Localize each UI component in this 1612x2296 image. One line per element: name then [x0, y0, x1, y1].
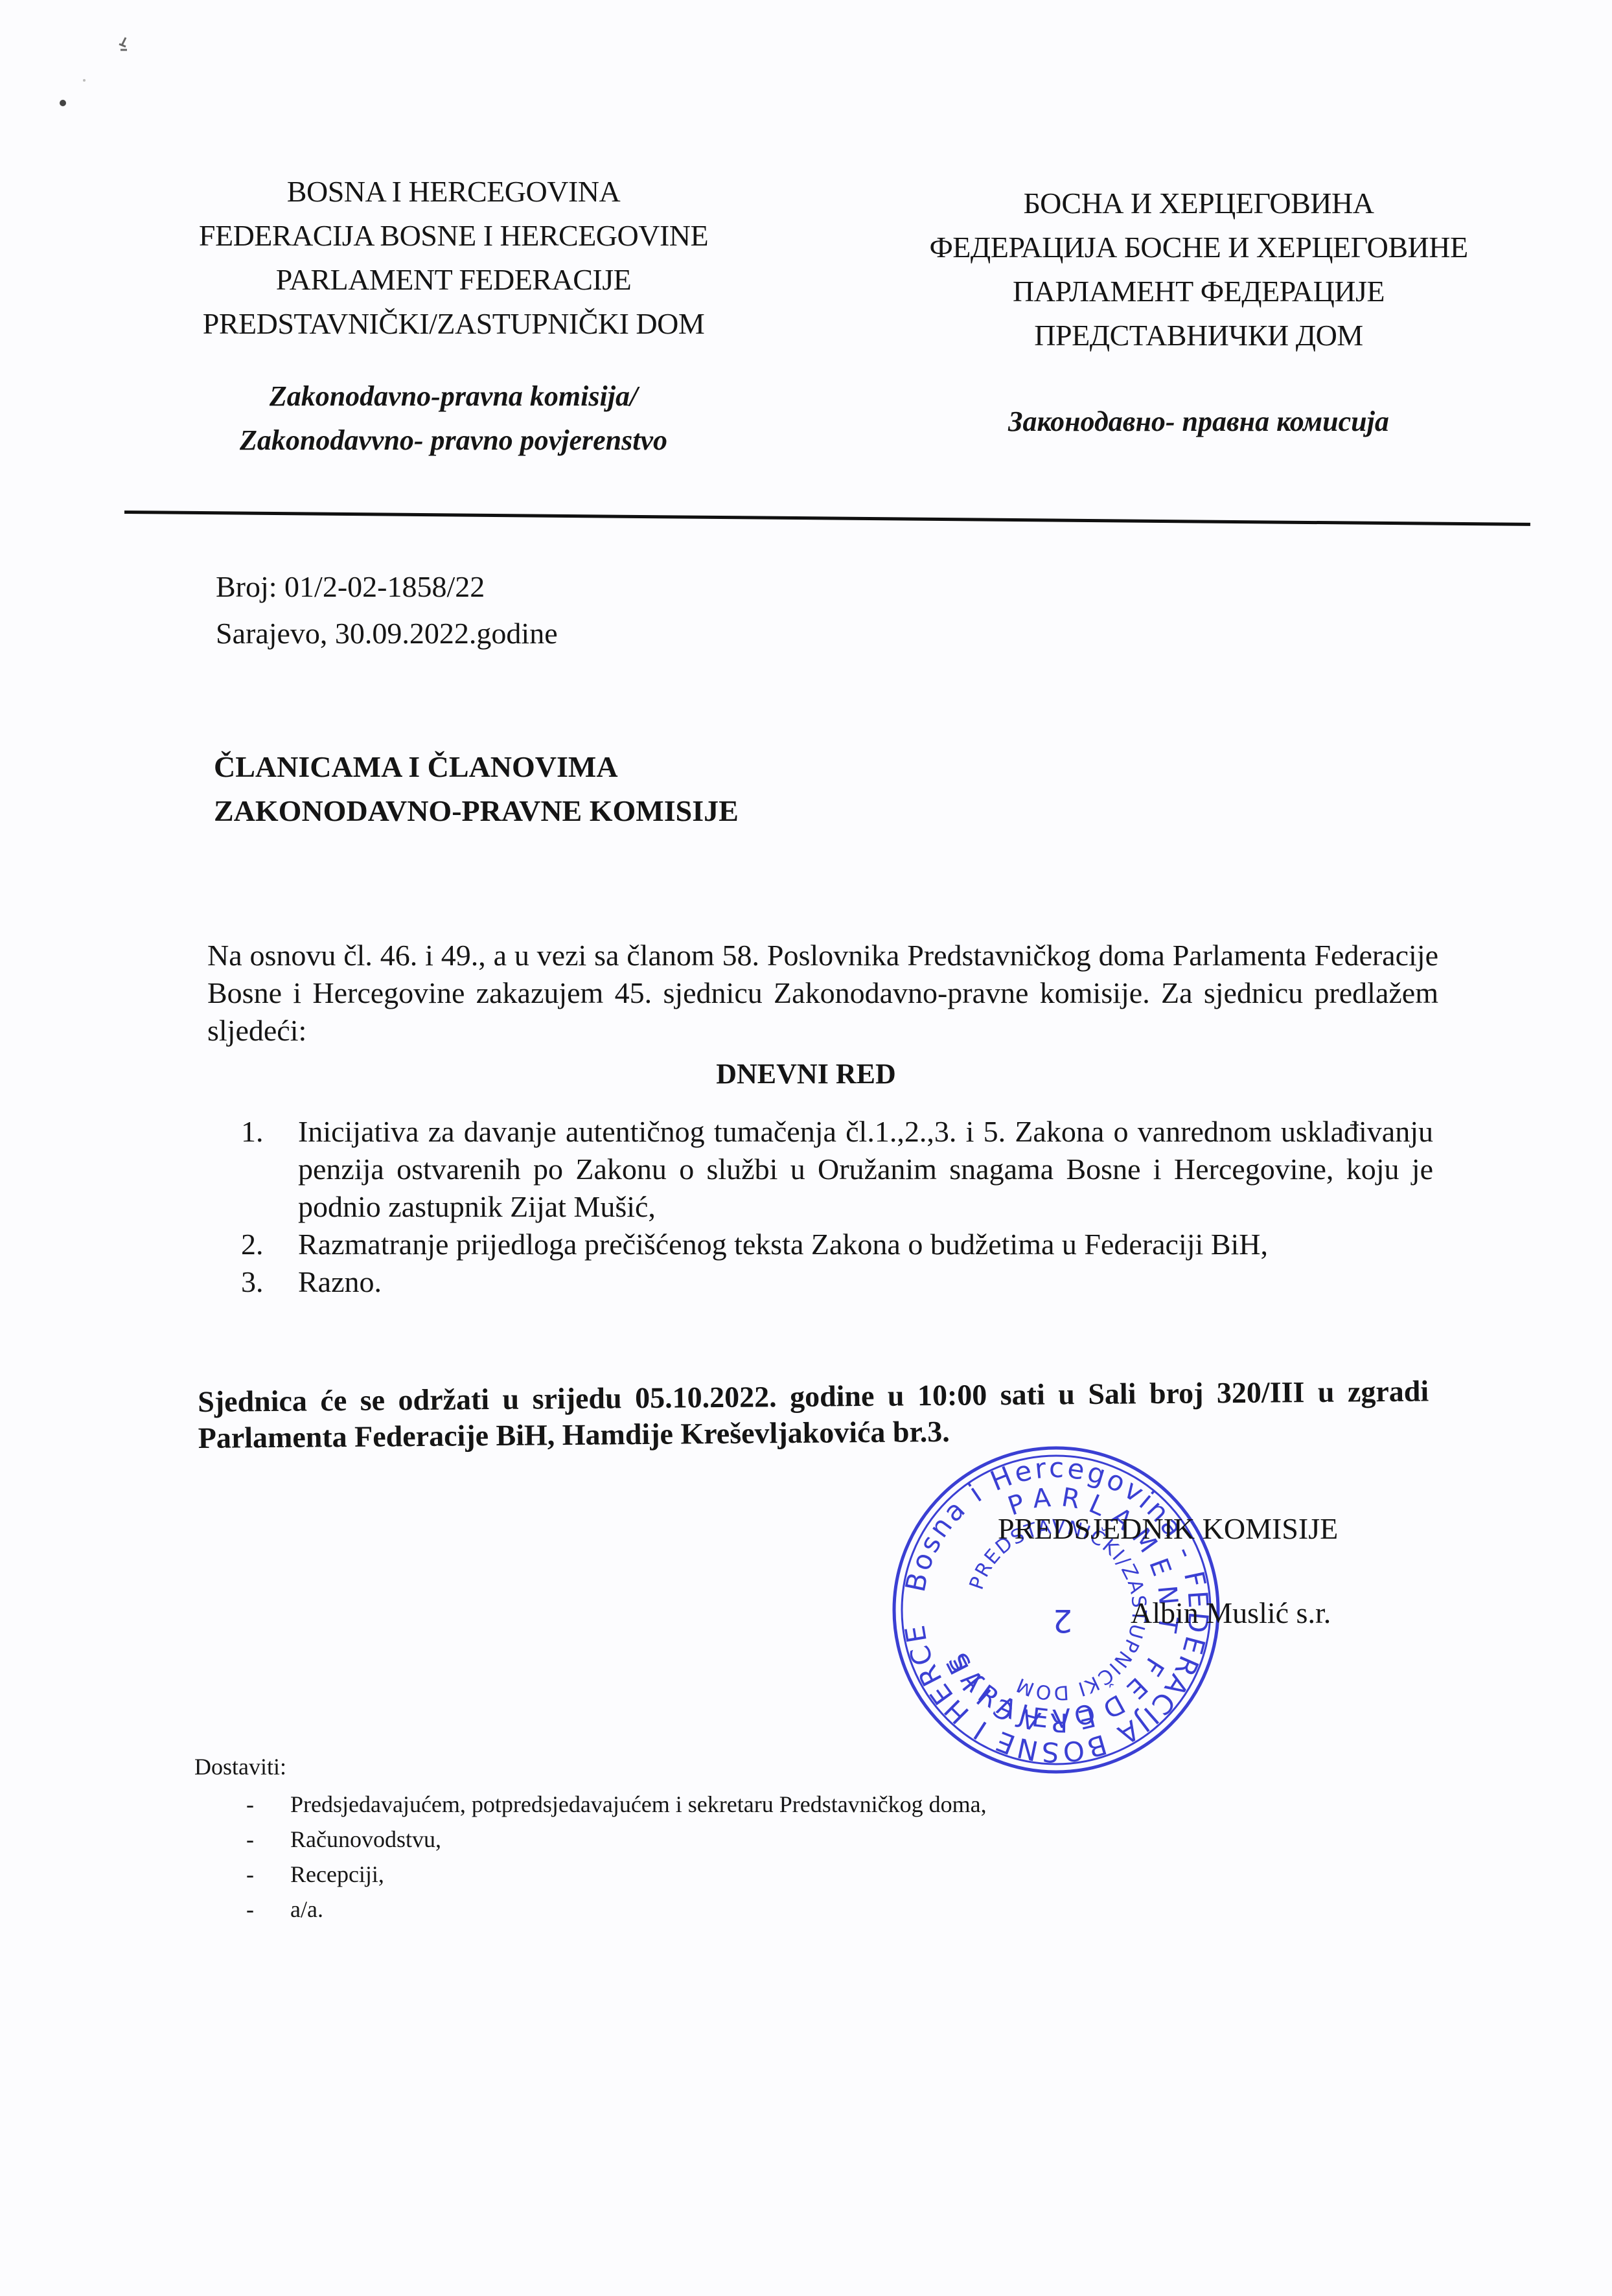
dash-bullet-icon: -	[246, 1787, 254, 1822]
agenda-item: 2. Razmatranje prijedloga prečišćenog te…	[241, 1226, 1433, 1263]
header-cyrillic-line: ПРЕДСТАВНИЧКИ ДОМ	[875, 314, 1523, 358]
header-cyrillic-line: ПАРЛАМЕНТ ФЕДЕРАЦИЈЕ	[875, 270, 1523, 314]
committee-name-line: Zakonodavno-pravna komisija/	[162, 374, 745, 419]
distribution-item-text: Predsjedavajućem, potpredsjedavajućem i …	[290, 1791, 987, 1817]
agenda-item-text: Razmatranje prijedloga prečišćenog tekst…	[298, 1228, 1268, 1261]
committee-name-latin: Zakonodavno-pravna komisija/ Zakonodavvn…	[162, 374, 745, 463]
agenda-title: DNEVNI RED	[0, 1057, 1612, 1090]
dash-bullet-icon: -	[246, 1892, 254, 1927]
document-page: BOSNA I HERCEGOVINA FEDERACIJA BOSNE I H…	[0, 0, 1612, 2296]
agenda-list: 1. Inicijativa za davanje autentičnog tu…	[241, 1113, 1433, 1301]
reference-block: Broj: 01/2-02-1858/22 Sarajevo, 30.09.20…	[216, 564, 558, 657]
svg-text:2: 2	[1050, 1602, 1073, 1638]
header-latin-line: FEDERACIJA BOSNE I HERCEGOVINE	[162, 214, 745, 258]
agenda-item-number: 1.	[241, 1113, 264, 1151]
dash-bullet-icon: -	[246, 1822, 254, 1857]
place-date: Sarajevo, 30.09.2022.godine	[216, 610, 558, 657]
addressee: ČLANICAMA I ČLANOVIMA ZAKONODAVNO-PRAVNE…	[214, 745, 739, 833]
agenda-item: 3. Razno.	[241, 1263, 1433, 1301]
agenda-item-number: 3.	[241, 1263, 264, 1301]
distribution-item-text: Recepciji,	[290, 1861, 384, 1887]
addressee-line: ZAKONODAVNO-PRAVNE KOMISIJE	[214, 789, 739, 833]
header-cyrillic-line: ФЕДЕРАЦИЈА БОСНЕ И ХЕРЦЕГОВИНЕ	[875, 225, 1523, 270]
committee-name-line: Законодавно- правна комисија	[875, 400, 1523, 444]
distribution-item-text: Računovodstvu,	[290, 1826, 441, 1852]
signatory-title: PREDSJEDNIK KOMISIJE	[998, 1510, 1338, 1548]
agenda-item-text: Razno.	[298, 1265, 382, 1298]
distribution-item: -Recepciji,	[194, 1857, 987, 1892]
distribution-label: Dostaviti:	[194, 1749, 987, 1784]
distribution-item: -Računovodstvu,	[194, 1822, 987, 1857]
distribution-item: -Predsjedavajućem, potpredsjedavajućem i…	[194, 1787, 987, 1822]
header-latin-line: PREDSTAVNIČKI/ZASTUPNIČKI DOM	[162, 302, 745, 346]
header-latin-line: BOSNA I HERCEGOVINA	[162, 170, 745, 214]
intro-paragraph: Na osnovu čl. 46. i 49., a u vezi sa čla…	[207, 937, 1438, 1050]
header-cyrillic-line: БОСНА И ХЕРЦЕГОВИНА	[875, 181, 1523, 225]
distribution-list: -Predsjedavajućem, potpredsjedavajućem i…	[194, 1787, 987, 1927]
committee-name-cyrillic: Законодавно- правна комисија	[875, 400, 1523, 444]
scan-speck-marks	[39, 13, 168, 130]
distribution-item-text: a/a.	[290, 1896, 323, 1922]
agenda-item-number: 2.	[241, 1226, 264, 1263]
header-cyrillic: БОСНА И ХЕРЦЕГОВИНА ФЕДЕРАЦИЈА БОСНЕ И Х…	[875, 181, 1523, 358]
reference-number: Broj: 01/2-02-1858/22	[216, 564, 558, 610]
session-notice: Sjednica će se održati u srijedu 05.10.2…	[198, 1373, 1429, 1456]
distribution-item: -a/a.	[194, 1892, 987, 1927]
header-latin-line: PARLAMENT FEDERACIJE	[162, 258, 745, 302]
header-latin: BOSNA I HERCEGOVINA FEDERACIJA BOSNE I H…	[162, 170, 745, 346]
committee-name-line: Zakonodavvno- pravno povjerenstvo	[162, 419, 745, 463]
header-divider	[124, 511, 1530, 526]
agenda-item-text: Inicijativa za davanje autentičnog tumač…	[298, 1115, 1433, 1223]
dash-bullet-icon: -	[246, 1857, 254, 1892]
agenda-item: 1. Inicijativa za davanje autentičnog tu…	[241, 1113, 1433, 1226]
addressee-line: ČLANICAMA I ČLANOVIMA	[214, 745, 739, 789]
signatory-name: Albin Muslić s.r.	[1131, 1594, 1331, 1633]
distribution-block: Dostaviti: -Predsjedavajućem, potpredsje…	[194, 1749, 987, 1927]
